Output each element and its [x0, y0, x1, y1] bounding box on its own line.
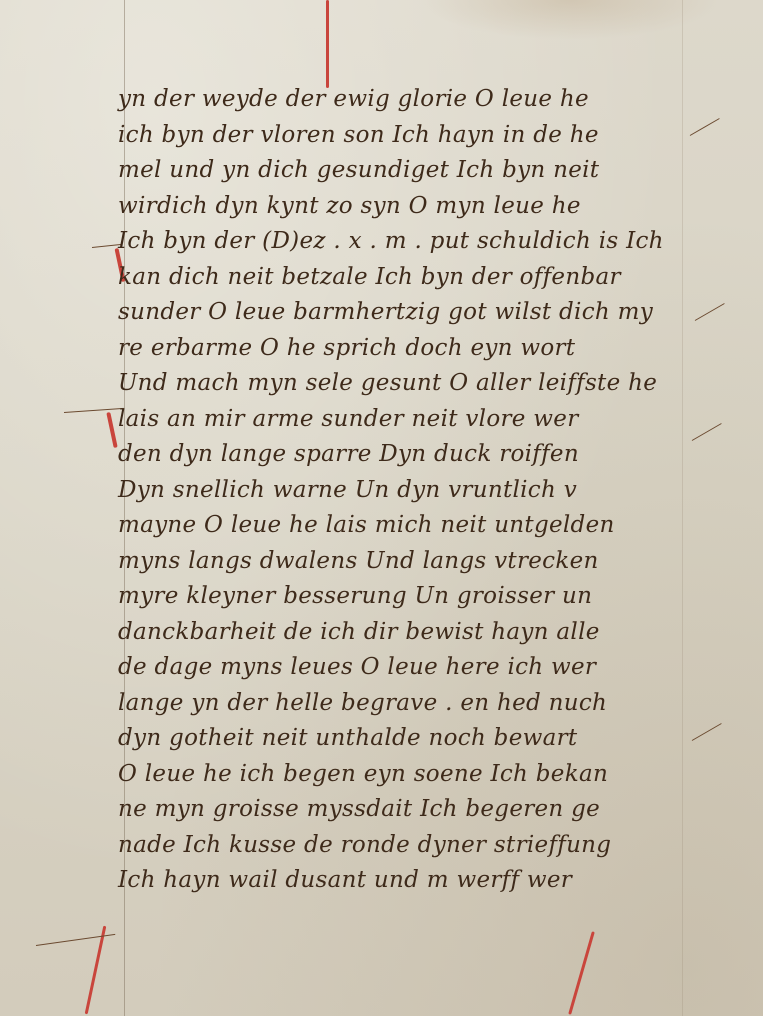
text-line: mayne O leue he lais mich neit untgelden [118, 508, 718, 544]
manuscript-text: yn der weyde der ewig glorie O leue he i… [118, 82, 718, 899]
margin-flourish [64, 408, 124, 413]
text-line: kan dich neit betzale Ich byn der offenb… [118, 260, 718, 296]
text-line: myns langs dwalens Und langs vtrecken [118, 544, 718, 580]
text-line: Und mach myn sele gesunt O aller leiffst… [118, 366, 718, 402]
text-line: sunder O leue barmhertzig got wilst dich… [118, 295, 718, 331]
rubric-stroke-bottom-right [568, 931, 595, 1014]
text-line: Ich hayn wail dusant und m werff wer [118, 863, 718, 899]
text-line: lange yn der helle begrave . en hed nuch [118, 686, 718, 722]
text-line: danckbarheit de ich dir bewist hayn alle [118, 615, 718, 651]
text-line: Dyn snellich warne Un dyn vruntlich v [118, 473, 718, 509]
text-line: ich byn der vloren son Ich hayn in de he [118, 118, 718, 154]
text-line: wirdich dyn kynt zo syn O myn leue he [118, 189, 718, 225]
rubric-stroke-bottom-left [85, 926, 107, 1015]
text-line: den dyn lange sparre Dyn duck roiffen [118, 437, 718, 473]
parchment-stain [420, 0, 720, 40]
text-line: re erbarme O he sprich doch eyn wort [118, 331, 718, 367]
rubric-stroke-margin-2 [106, 412, 117, 448]
manuscript-page: yn der weyde der ewig glorie O leue he i… [0, 0, 763, 1016]
text-line: ne myn groisse myssdait Ich begeren ge [118, 792, 718, 828]
text-line: yn der weyde der ewig glorie O leue he [118, 82, 718, 118]
rubric-stroke-top [326, 0, 329, 88]
text-line: de dage myns leues O leue here ich wer [118, 650, 718, 686]
text-line: nade Ich kusse de ronde dyner strieffung [118, 828, 718, 864]
text-line: O leue he ich begen eyn soene Ich bekan [118, 757, 718, 793]
text-line: dyn gotheit neit unthalde noch bewart [118, 721, 718, 757]
text-line: myre kleyner besserung Un groisser un [118, 579, 718, 615]
text-line: lais an mir arme sunder neit vlore wer [118, 402, 718, 438]
text-line: Ich byn der (D)ez . x . m . put schuldic… [118, 224, 718, 260]
text-line: mel und yn dich gesundiget Ich byn neit [118, 153, 718, 189]
